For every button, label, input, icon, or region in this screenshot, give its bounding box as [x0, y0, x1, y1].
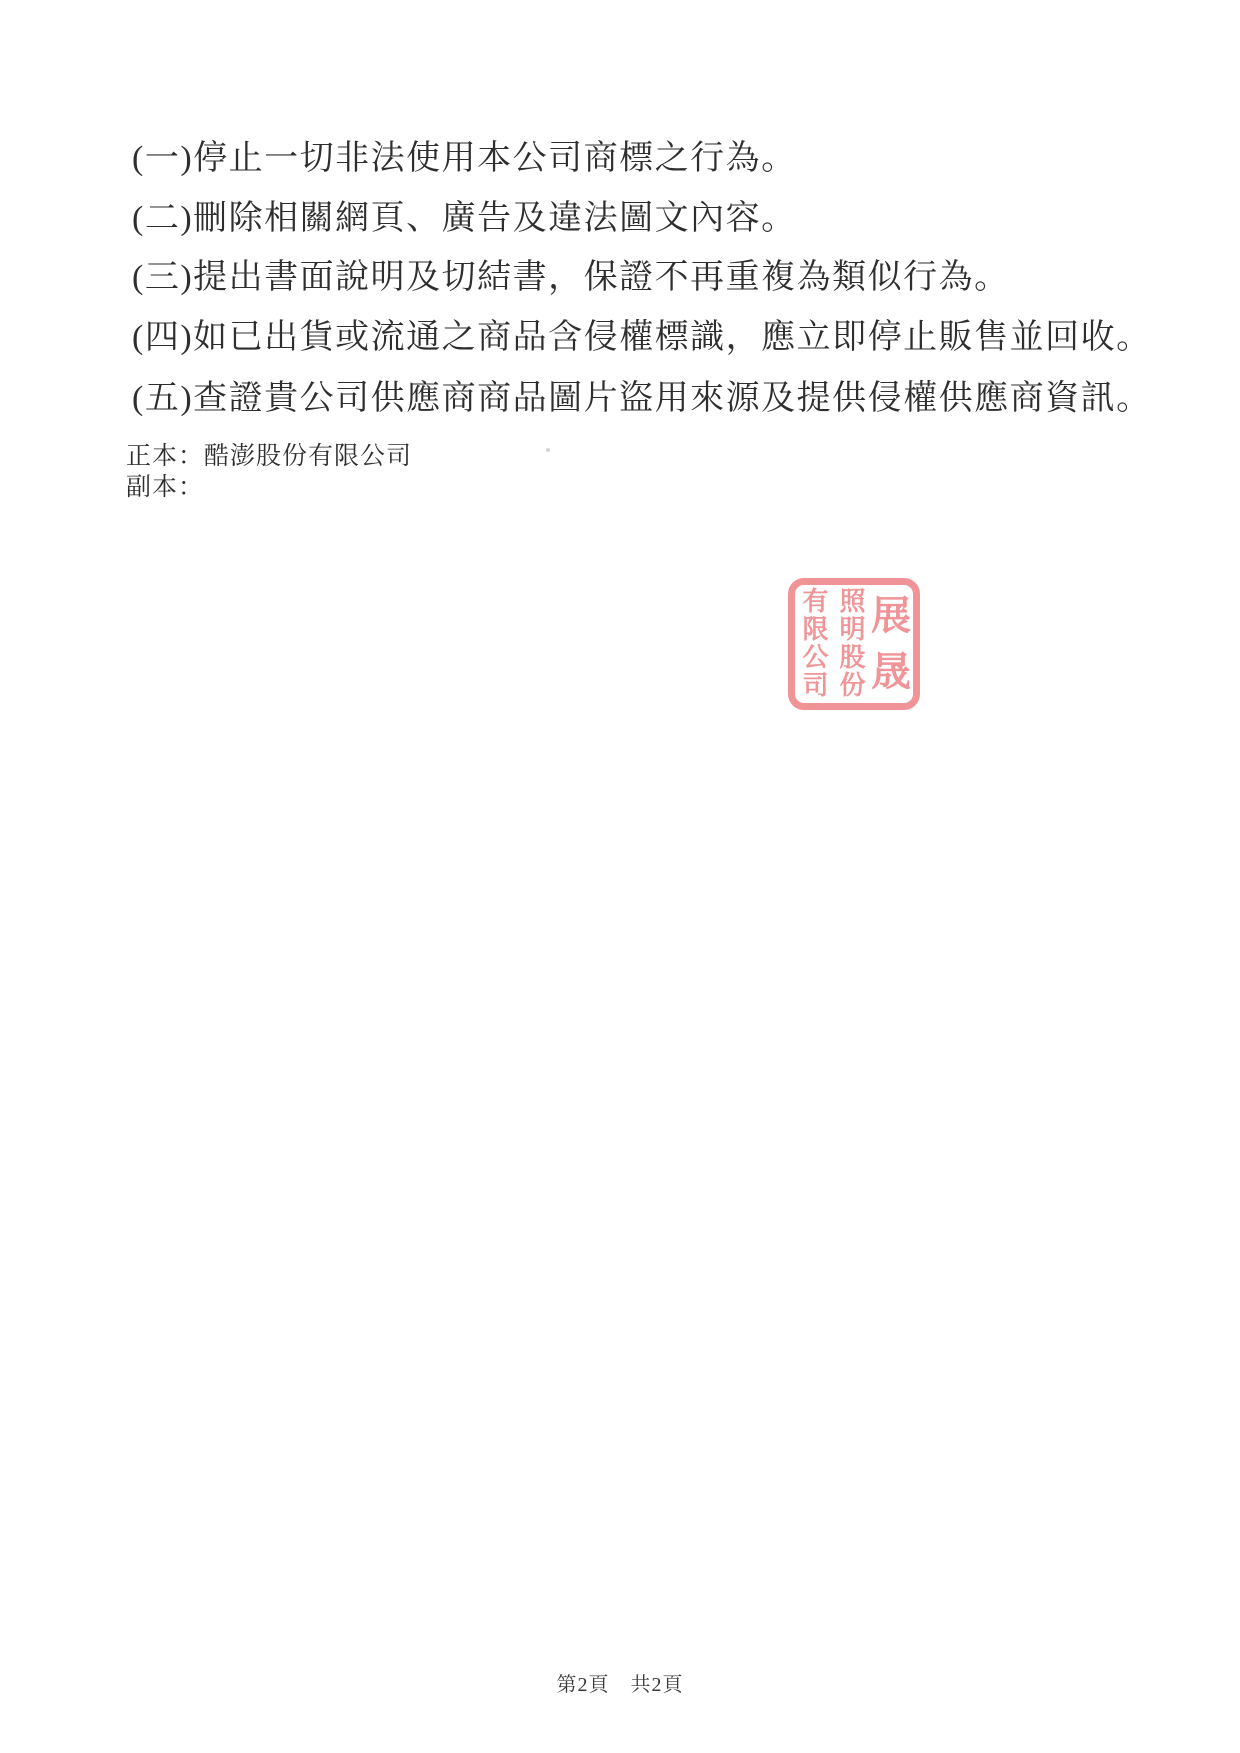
demand-item-5: (五)查證貴公司供應商商品圖片盜用來源及提供侵權供應商資訊。	[132, 380, 1152, 417]
seal-character: 有	[802, 589, 828, 615]
demand-item-3: (三)提出書面說明及切結書，保證不再重複為類似行為。	[132, 259, 1010, 296]
document-page: (一)停止一切非法使用本公司商標之行為。 (二)刪除相關網頁、廣告及違法圖文內容…	[0, 0, 1240, 1753]
seal-column-right: 展 晟	[871, 588, 911, 700]
seal-column-left: 有 限 公 司	[797, 588, 834, 700]
recipients-block: 正本：酷澎股份有限公司 副本：	[126, 441, 412, 503]
seal-character: 晟	[871, 652, 911, 692]
seal-character: 展	[871, 596, 911, 636]
seal-character: 份	[839, 673, 865, 699]
page-number: 第2頁 共2頁	[0, 1668, 1240, 1697]
company-seal: 展 晟 照 明 股 份 有 限 公 司	[788, 578, 920, 710]
demand-item-2: (二)刪除相關網頁、廣告及違法圖文內容。	[132, 200, 797, 237]
demand-item-4: (四)如已出貨或流通之商品含侵權標識，應立即停止販售並回收。	[132, 319, 1152, 356]
original-recipient-line: 正本：酷澎股份有限公司	[126, 441, 412, 472]
seal-character: 照	[839, 589, 865, 615]
seal-character: 限	[802, 617, 828, 643]
seal-character: 公	[802, 645, 828, 671]
scan-speck	[546, 448, 550, 452]
seal-column-middle: 照 明 股 份	[834, 588, 871, 700]
copy-recipient-line: 副本：	[126, 472, 412, 503]
seal-character: 明	[839, 617, 865, 643]
seal-character: 股	[839, 645, 865, 671]
demand-item-1: (一)停止一切非法使用本公司商標之行為。	[132, 140, 797, 177]
seal-character: 司	[802, 673, 828, 699]
